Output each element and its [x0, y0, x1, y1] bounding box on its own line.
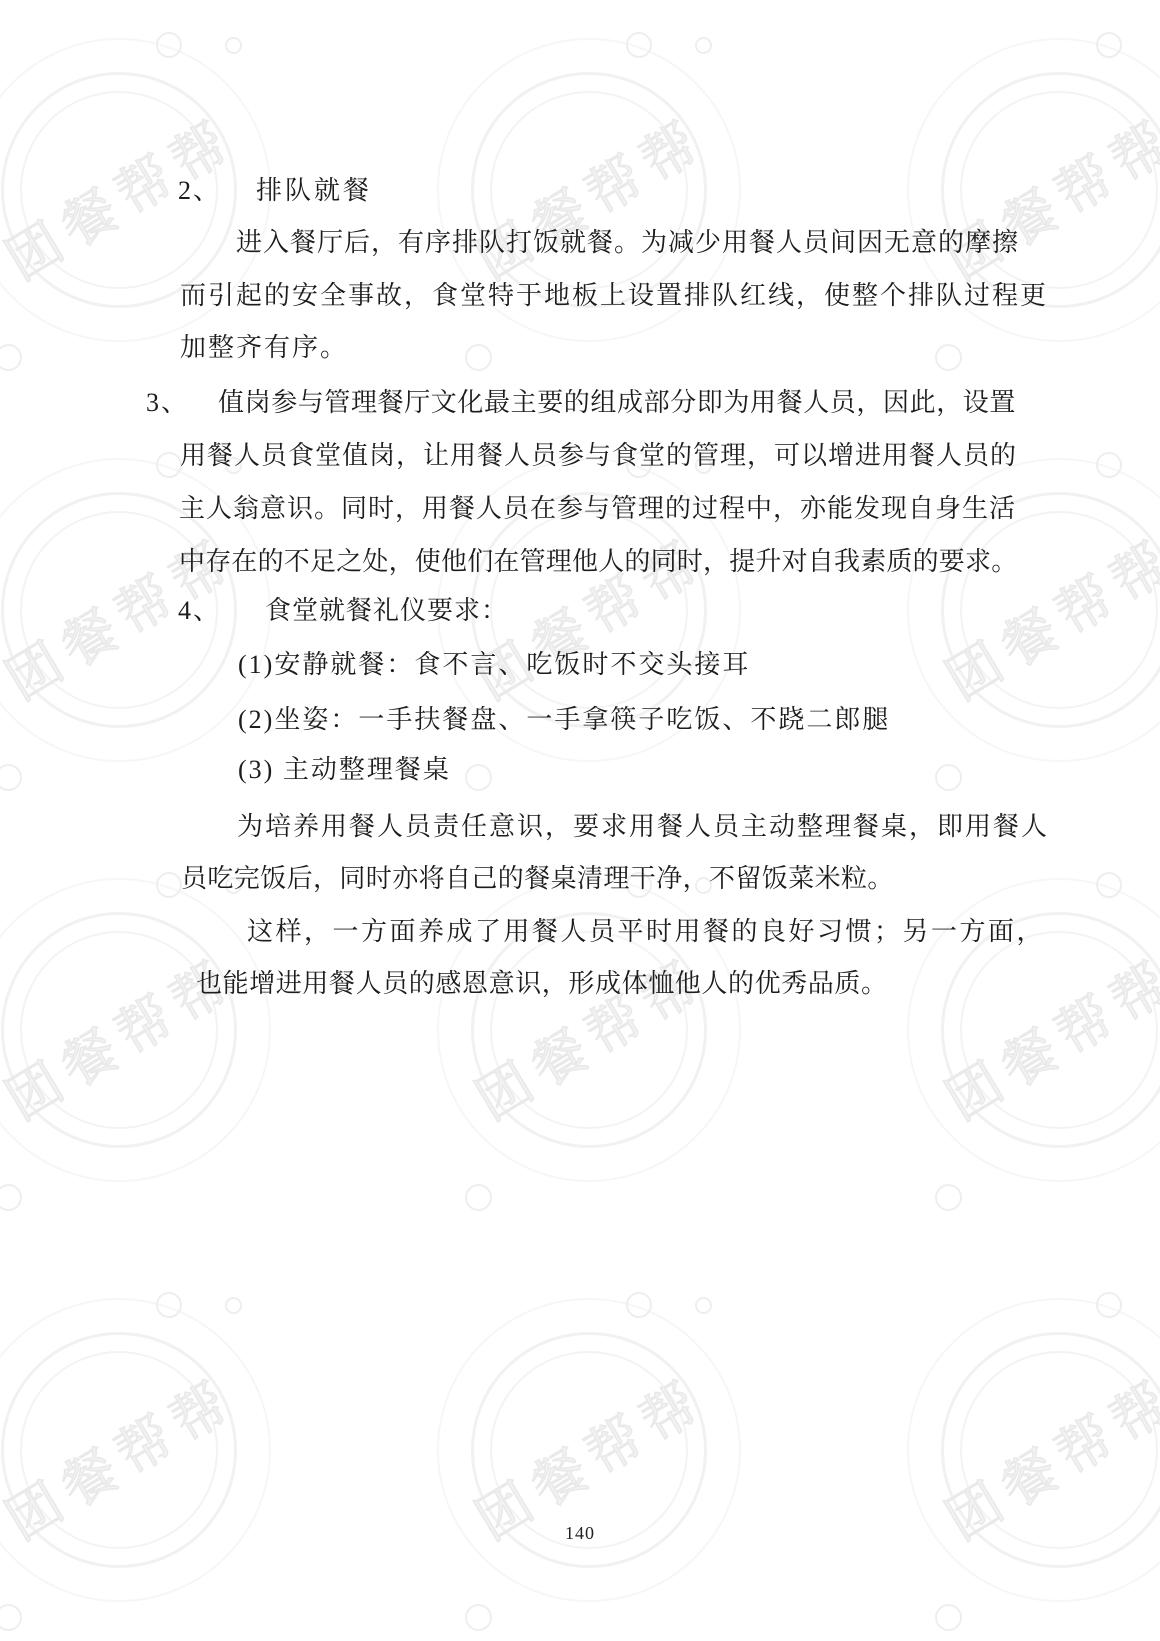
list-title-2: 排队就餐: [256, 175, 372, 207]
etiquette-rule-3: (3) 主动整理餐桌: [238, 754, 451, 786]
etiquette-rule-2: (2)坐姿：一手扶餐盘、一手拿筷子吃饭、不跷二郎腿: [238, 704, 890, 736]
list-number-2: 2、: [178, 175, 221, 207]
document-page: 团餐帮帮团餐帮帮团餐帮帮团餐帮帮团餐帮帮团餐帮帮团餐帮帮团餐帮帮团餐帮帮团餐帮帮…: [0, 0, 1160, 1641]
list-title-4: 食堂就餐礼仪要求：: [265, 595, 508, 627]
paragraph-line: 进入餐厅后，有序排队打饭就餐。为减少用餐人员间因无意的摩擦: [236, 227, 1019, 259]
paragraph-line: 也能增进用餐人员的感恩意识，形成体恤他人的优秀品质。: [196, 968, 888, 1000]
list-item-3-text: 值岗参与管理餐厅文化最主要的组成部分即为用餐人员，因此，设置: [218, 387, 1016, 419]
page-number: 140: [0, 1523, 1160, 1544]
paragraph-line: 中存在的不足之处，使他们在管理他人的同时，提升对自我素质的要求。: [179, 546, 1017, 578]
list-number-4: 4、: [178, 595, 221, 627]
paragraph-line: 用餐人员食堂值岗，让用餐人员参与食堂的管理，可以增进用餐人员的: [180, 440, 1017, 472]
etiquette-rule-1: (1)安静就餐：食不言、吃饭时不交头接耳: [238, 649, 750, 681]
paragraph-line: 而引起的安全事故，食堂特于地板上设置排队红线，使整个排队过程更: [180, 280, 1048, 312]
paragraph-line: 主人翁意识。同时，用餐人员在参与管理的过程中，亦能发现自身生活: [179, 493, 1016, 525]
paragraph-line: 为培养用餐人员责任意识，要求用餐人员主动整理餐桌，即用餐人: [237, 811, 1049, 843]
list-number-3: 3、: [146, 387, 189, 419]
paragraph-line: 加整齐有序。: [180, 332, 348, 364]
document-text-layer: 2、 排队就餐 进入餐厅后，有序排队打饭就餐。为减少用餐人员间因无意的摩擦 而引…: [0, 0, 1160, 1641]
paragraph-line: 员吃完饭后，同时亦将自己的餐桌清理干净，不留饭菜米粒。: [181, 863, 894, 895]
paragraph-line: 这样，一方面养成了用餐人员平时用餐的良好习惯；另一方面，: [247, 916, 1045, 948]
